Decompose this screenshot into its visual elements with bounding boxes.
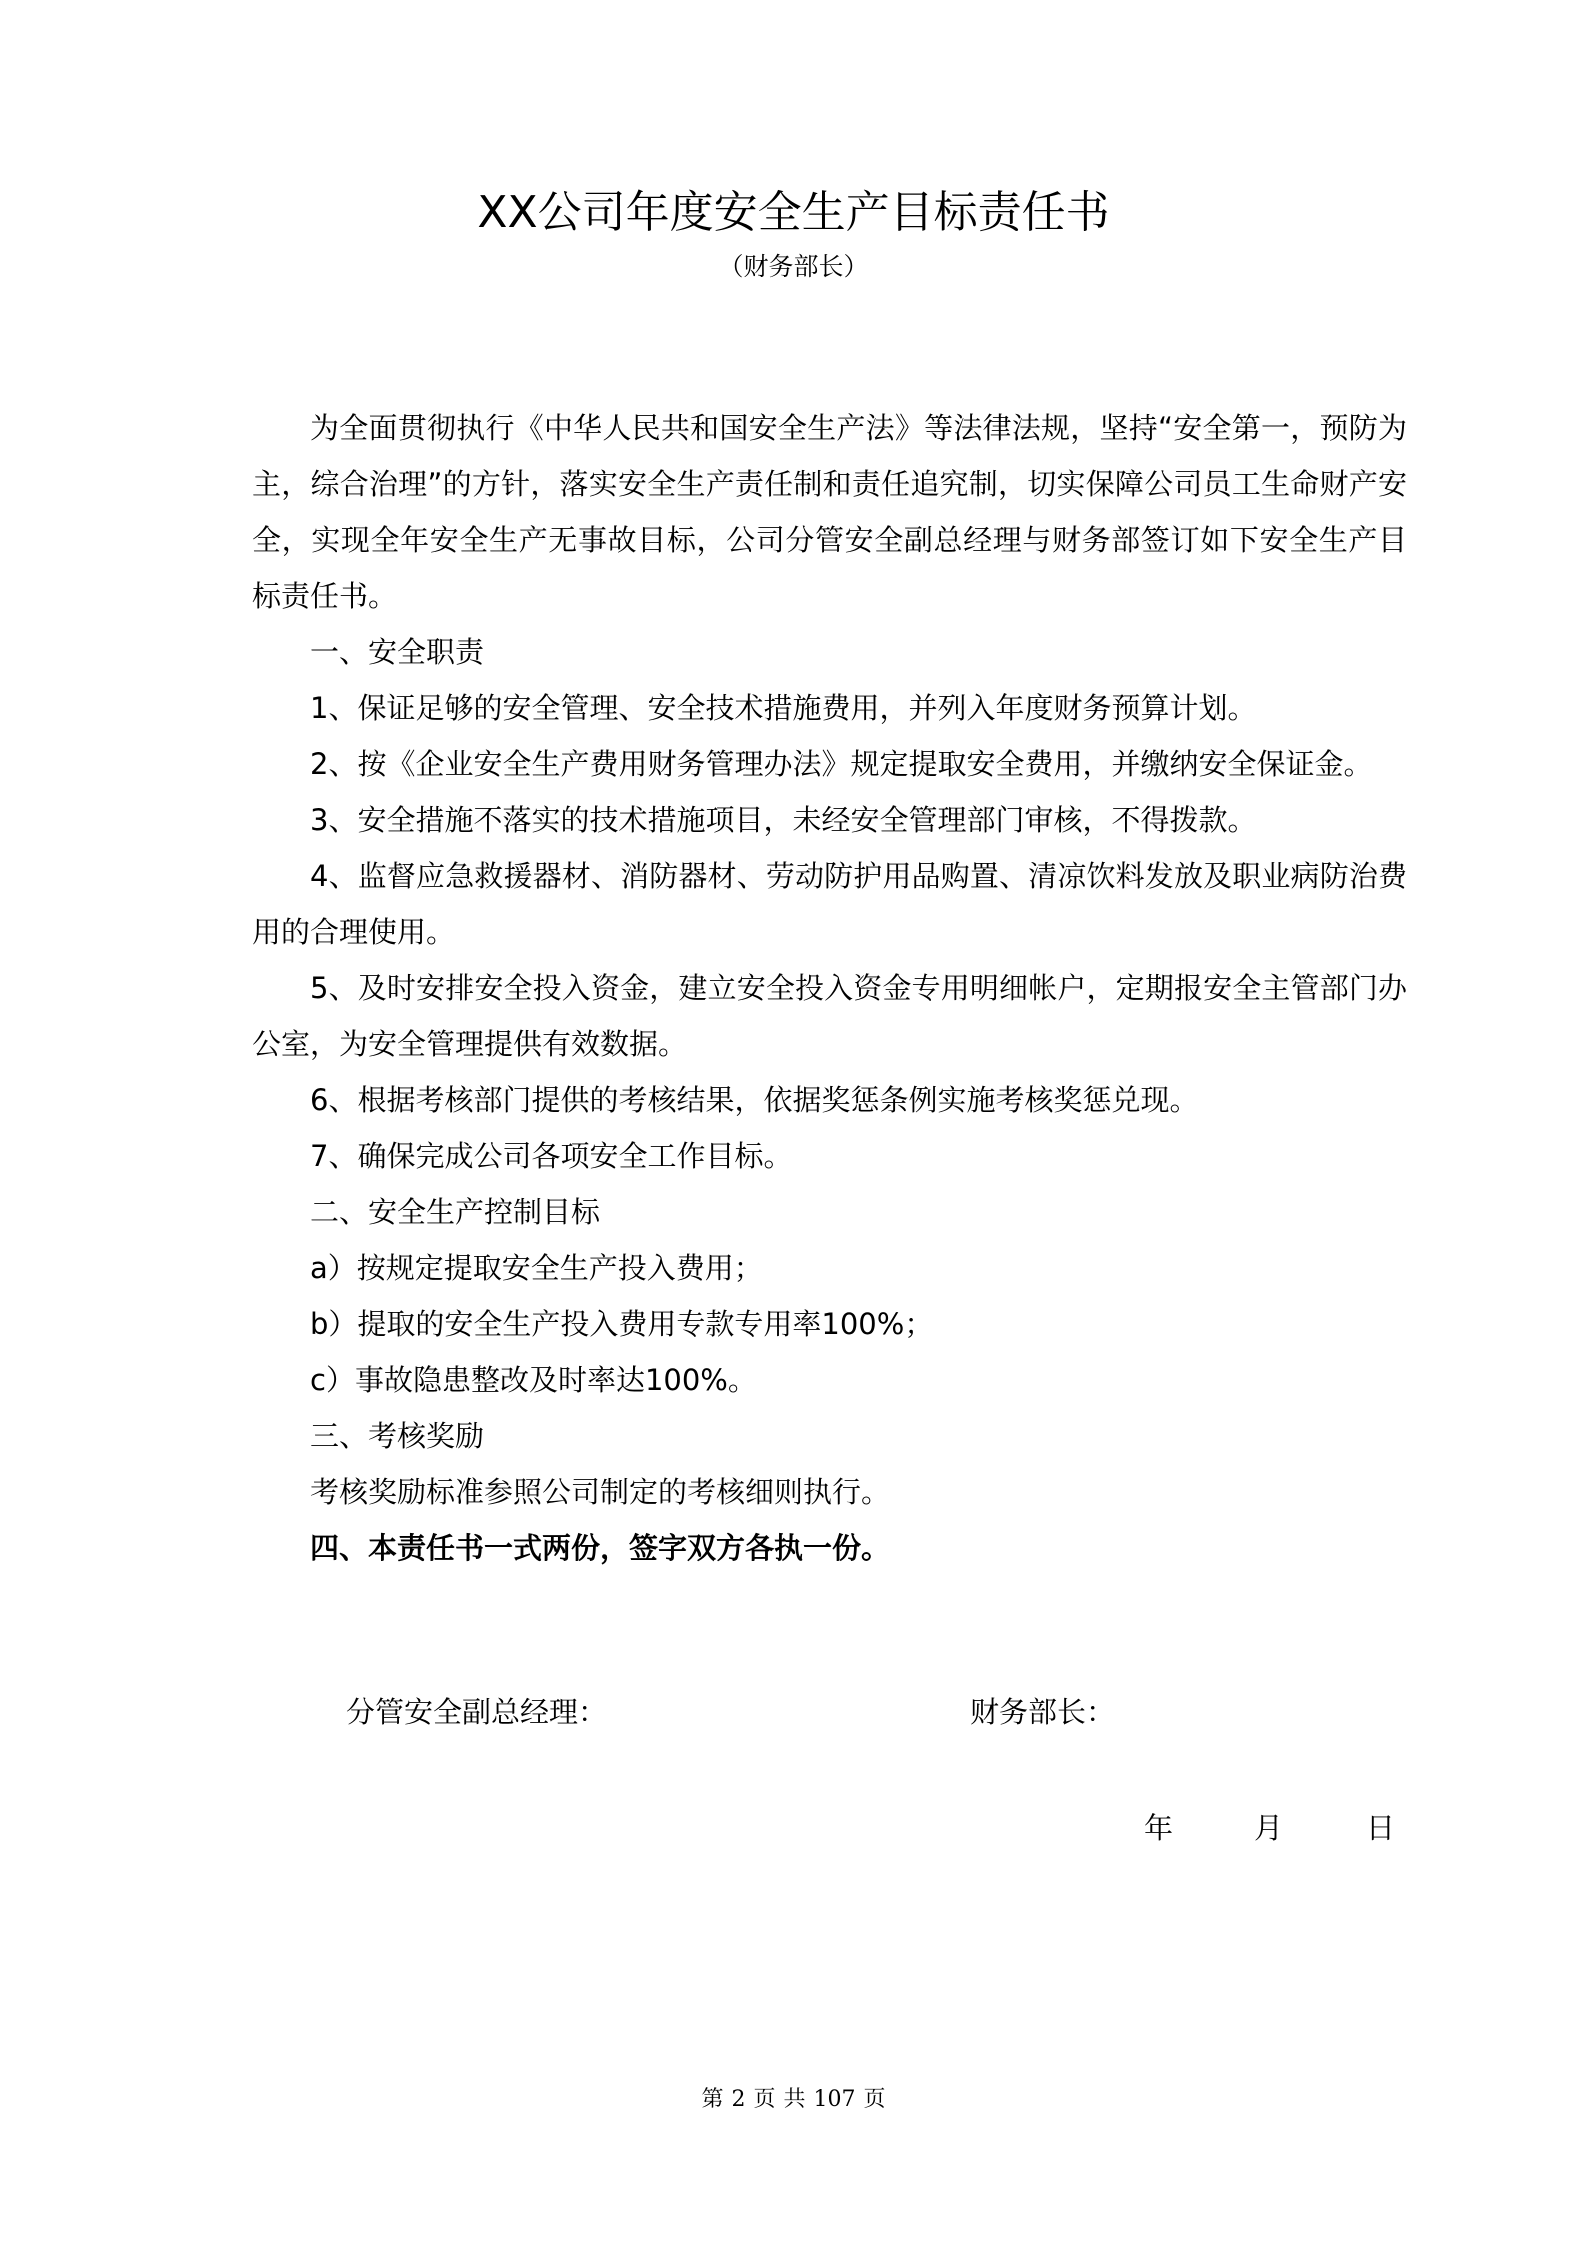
footer-total-label: 页	[864, 2087, 886, 2112]
date-year-label: 年	[1144, 1806, 1173, 1850]
duty-item: 1、保证足够的安全管理、安全技术措施费用，并列入年度财务预算计划。	[252, 680, 1407, 736]
target-item: a）按规定提取安全生产投入费用；	[252, 1240, 1407, 1296]
target-item: b）提取的安全生产投入费用专款专用率100%；	[252, 1296, 1407, 1352]
duty-item: 2、按《企业安全生产费用财务管理办法》规定提取安全费用，并缴纳安全保证金。	[252, 736, 1407, 792]
section-heading-control-targets: 二、安全生产控制目标	[252, 1184, 1407, 1240]
footer-current-page: 2	[731, 2087, 745, 2112]
assessment-item: 考核奖励标准参照公司制定的考核细则执行。	[252, 1464, 1407, 1520]
section-heading-duties: 一、安全职责	[252, 624, 1407, 680]
intro-paragraph: 为全面贯彻执行《中华人民共和国安全生产法》等法律法规，坚持“安全第一，预防为主，…	[252, 400, 1407, 624]
target-item: c）事故隐患整改及时率达100%。	[252, 1352, 1407, 1408]
duty-item: 3、安全措施不落实的技术措施项目，未经安全管理部门审核，不得拨款。	[252, 792, 1407, 848]
closing-statement: 四、本责任书一式两份，签字双方各执一份。	[252, 1520, 1407, 1576]
date-line: 年 月 日	[0, 1806, 1587, 1856]
document-body: 为全面贯彻执行《中华人民共和国安全生产法》等法律法规，坚持“安全第一，预防为主，…	[252, 400, 1407, 1576]
signature-finance-head-label: 财务部长：	[970, 1690, 1115, 1734]
document-title: XX公司年度安全生产目标责任书	[0, 183, 1587, 243]
duty-item: 6、根据考核部门提供的考核结果，依据奖惩条例实施考核奖惩兑现。	[252, 1072, 1407, 1128]
date-month-label: 月	[1254, 1806, 1283, 1850]
document-page: XX公司年度安全生产目标责任书 （财务部长） 为全面贯彻执行《中华人民共和国安全…	[0, 0, 1587, 2245]
duty-item: 4、监督应急救援器材、消防器材、劳动防护用品购置、清凉饮料发放及职业病防治费用的…	[252, 848, 1407, 960]
footer-prefix: 第	[701, 2087, 723, 2112]
signature-block: 分管安全副总经理： 财务部长：	[0, 1690, 1587, 1740]
section-heading-assessment-rewards: 三、考核奖励	[252, 1408, 1407, 1464]
document-subtitle: （财务部长）	[0, 250, 1587, 284]
footer-total-pages: 107	[814, 2087, 856, 2112]
page-footer: 第2页共107页	[0, 2085, 1587, 2115]
footer-total-prefix: 共	[784, 2087, 806, 2112]
duty-item: 5、及时安排安全投入资金，建立安全投入资金专用明细帐户，定期报安全主管部门办公室…	[252, 960, 1407, 1072]
footer-page-label: 页	[753, 2087, 775, 2112]
signature-vice-gm-label: 分管安全副总经理：	[346, 1690, 607, 1734]
date-day-label: 日	[1366, 1806, 1395, 1850]
duty-item: 7、确保完成公司各项安全工作目标。	[252, 1128, 1407, 1184]
